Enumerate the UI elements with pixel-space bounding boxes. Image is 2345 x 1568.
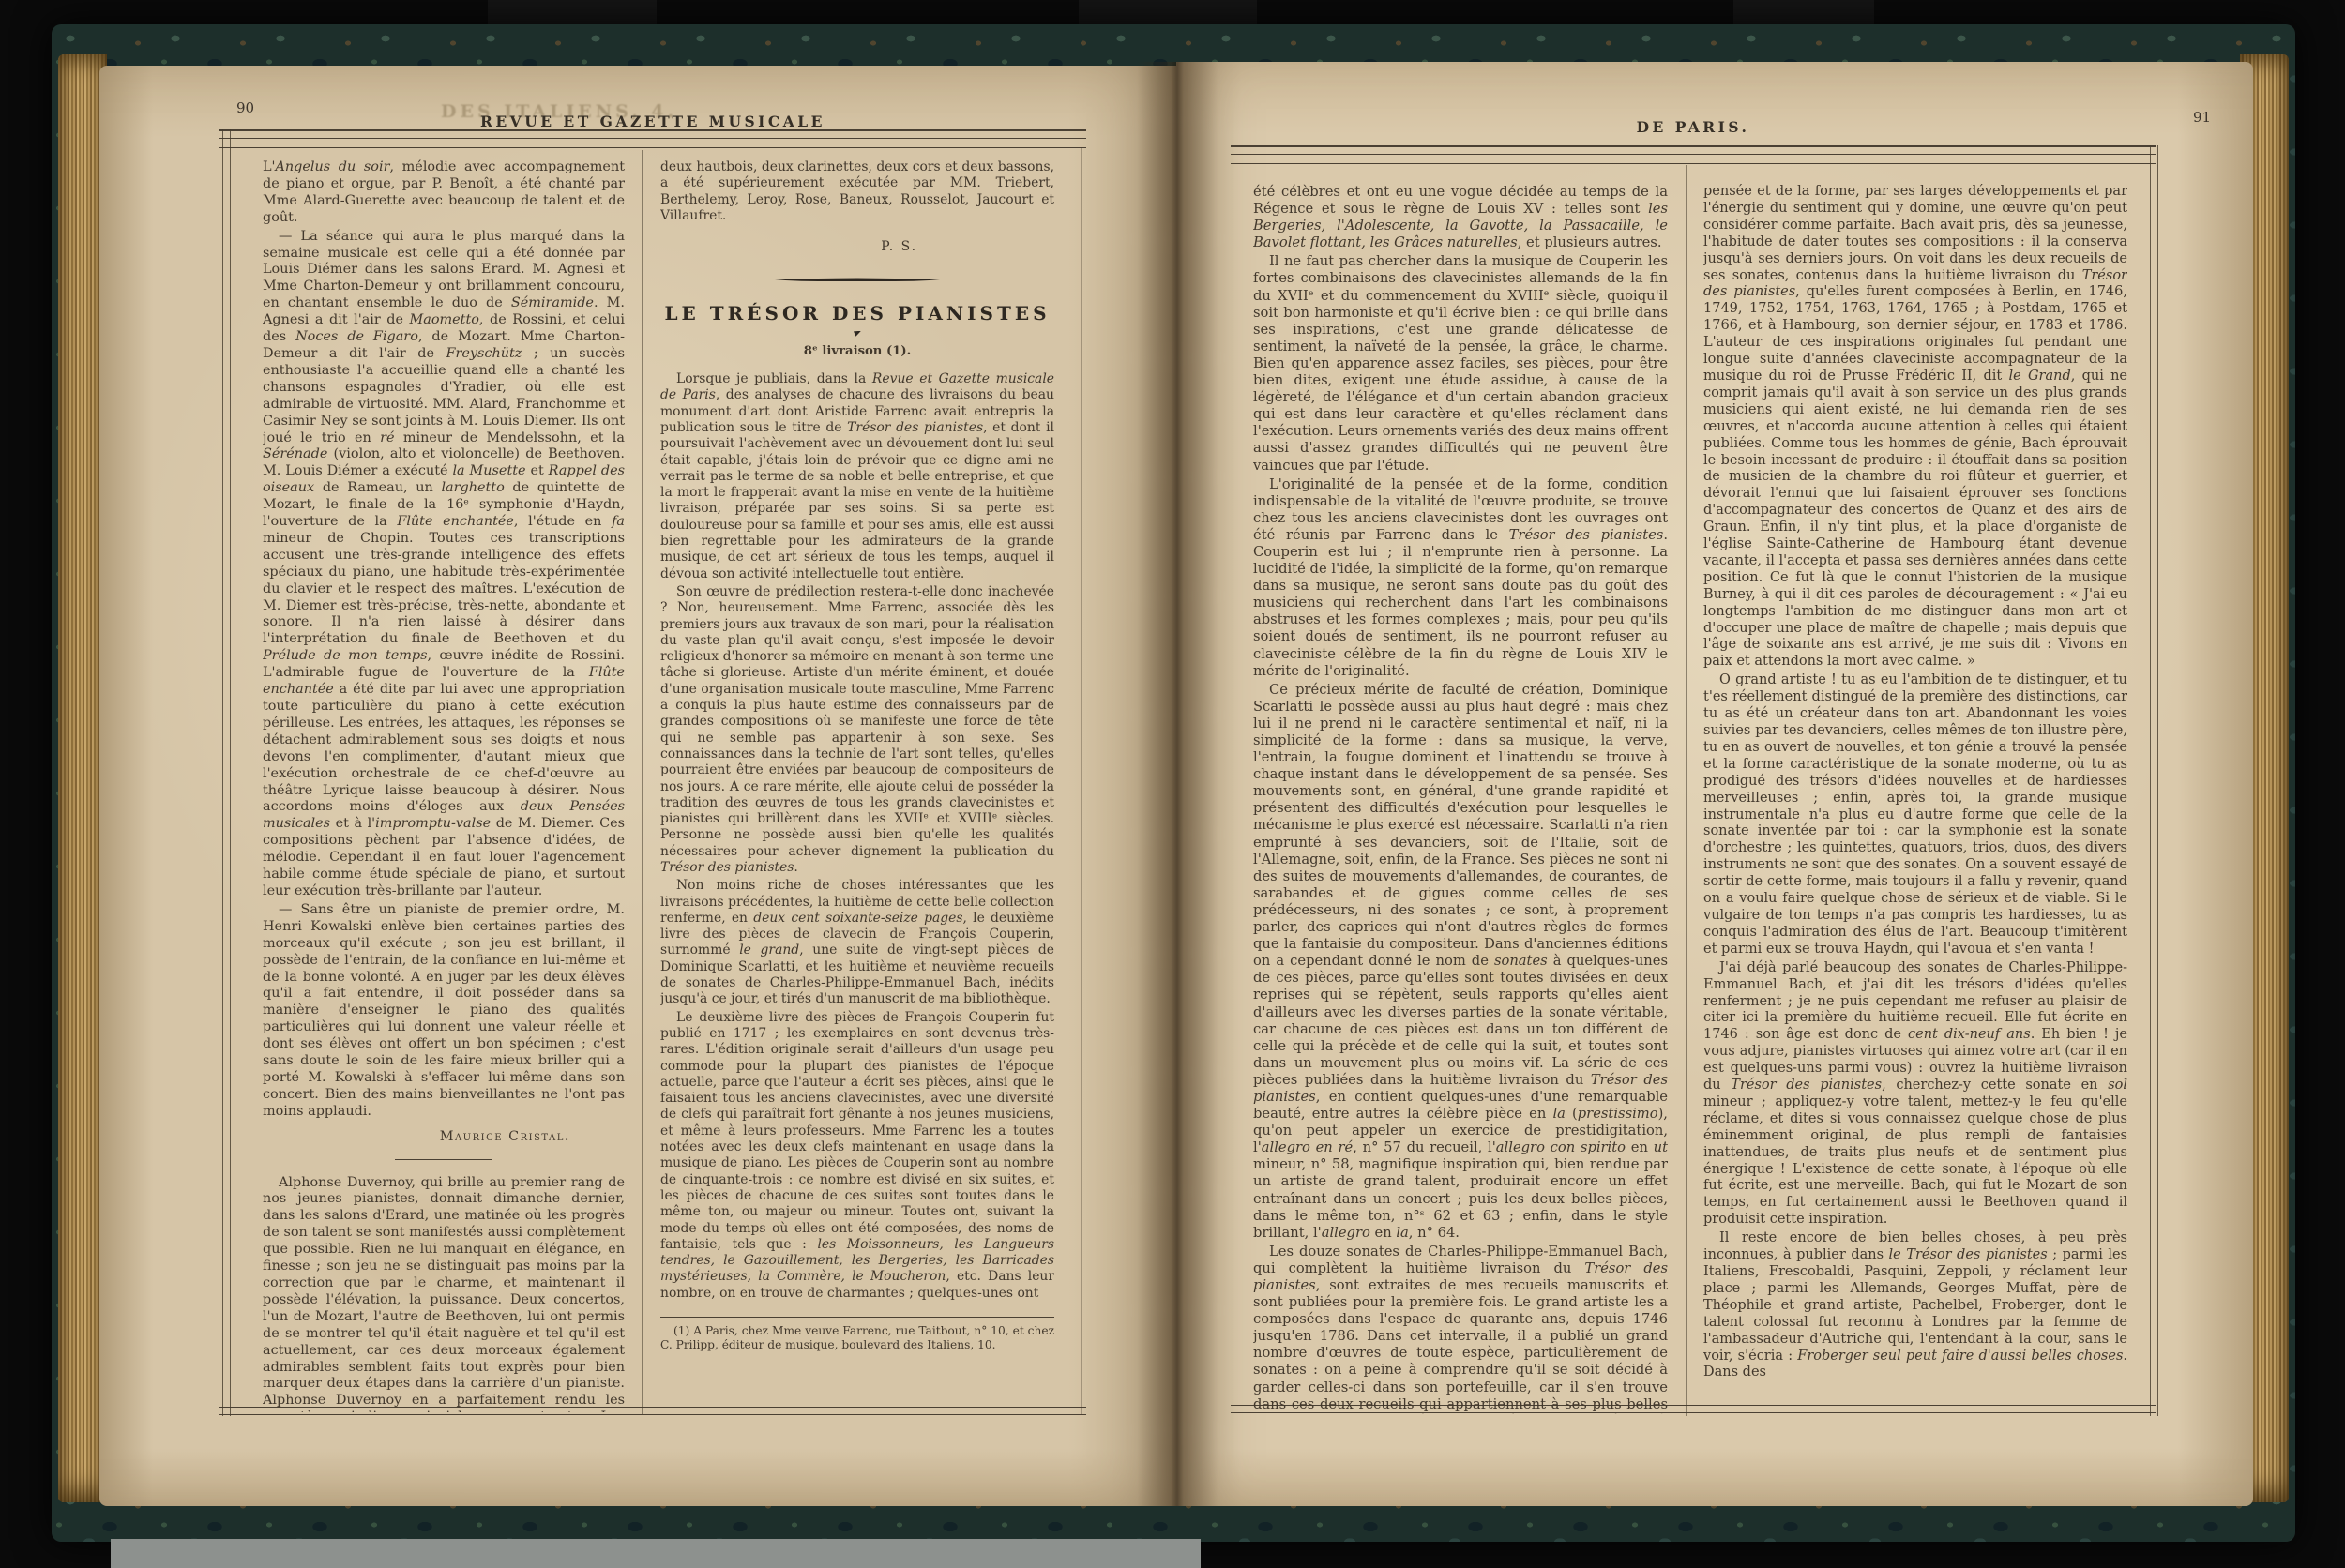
frame-line-right <box>2157 145 2158 1416</box>
paragraph: Son œuvre de prédilection restera-t-elle… <box>660 584 1054 876</box>
tapered-rule <box>775 278 940 281</box>
header-rule <box>1231 145 2156 147</box>
paragraph: Lorsque je publiais, dans la Revue et Ga… <box>660 371 1054 582</box>
running-head-right: DE PARIS. <box>1231 118 2156 136</box>
paragraph: L'originalité de la pensée et de la form… <box>1253 476 1668 680</box>
paragraph: O grand artiste ! tu as eu l'ambition de… <box>1703 672 2127 957</box>
paragraph: J'ai déjà parlé beaucoup des sonates de … <box>1703 960 2127 1229</box>
separator-rule <box>395 1159 492 1160</box>
header-rule <box>219 129 1086 131</box>
footer-rule <box>219 1414 1086 1415</box>
paragraph: Le deuxième livre des pièces de François… <box>660 1010 1054 1302</box>
frame-line-right <box>1081 147 1082 1415</box>
postscript-initials: P. S. <box>660 239 1054 255</box>
right-page-column-2: pensée et de la forme, par ses larges dé… <box>1703 184 2127 1414</box>
paragraph: pensée et de la forme, par ses larges dé… <box>1703 184 2127 671</box>
frame-line-left <box>222 129 223 1416</box>
paragraph: — Sans être un pianiste de premier ordre… <box>263 902 625 1121</box>
header-rule <box>1231 154 2156 155</box>
left-page-column-2: deux hautbois, deux clarinettes, deux co… <box>660 159 1054 1412</box>
scanner-bottom-bar <box>111 1539 1201 1568</box>
header-rule <box>1231 163 2156 164</box>
paragraph: été célèbres et ont eu une vogue décidée… <box>1253 184 1668 251</box>
paragraph: Alphonse Duvernoy, qui brille au premier… <box>263 1175 625 1412</box>
section-title: LE TRÉSOR DES PIANISTES <box>660 306 1054 322</box>
running-head-left: REVUE ET GAZETTE MUSICALE <box>219 113 1086 130</box>
paragraph: Les douze sonates de Charles-Philippe-Em… <box>1253 1244 1668 1414</box>
paragraph: L'Angelus du soir, mélodie avec accompag… <box>263 159 625 227</box>
footnote: (1) A Paris, chez Mme veuve Farrenc, rue… <box>660 1317 1054 1353</box>
header-rule <box>219 138 1086 139</box>
left-page-column-1: L'Angelus du soir, mélodie avec accompag… <box>263 159 625 1412</box>
frame-line-left <box>230 129 231 1416</box>
scanned-book-spread: { "left_page": { "page_number": "90", "r… <box>0 0 2345 1568</box>
paragraph: Non moins riche de choses intéressantes … <box>660 878 1054 1007</box>
frame-line-right <box>2150 145 2151 1416</box>
signature: Maurice Cristal. <box>263 1129 625 1146</box>
paragraph: Il reste encore de bien belles choses, à… <box>1703 1230 2127 1381</box>
right-page-column-1: été célèbres et ont eu une vogue décidée… <box>1253 184 1668 1414</box>
ornament <box>854 331 861 337</box>
page-number-right: 91 <box>2193 109 2211 126</box>
column-divider-right-page <box>1686 165 1687 1416</box>
column-divider-left-page <box>642 150 643 1414</box>
paragraph: — La séance qui aura le plus marqué dans… <box>263 229 625 900</box>
section-subtitle: 8ᵉ livraison (1). <box>660 343 1054 359</box>
paragraph: Il ne faut pas chercher dans la musique … <box>1253 253 1668 474</box>
frame-line-left <box>1233 163 1233 1416</box>
paragraph: deux hautbois, deux clarinettes, deux co… <box>660 159 1054 224</box>
paragraph: Ce précieux mérite de faculté de créatio… <box>1253 682 1668 1242</box>
header-rule <box>219 147 1086 148</box>
